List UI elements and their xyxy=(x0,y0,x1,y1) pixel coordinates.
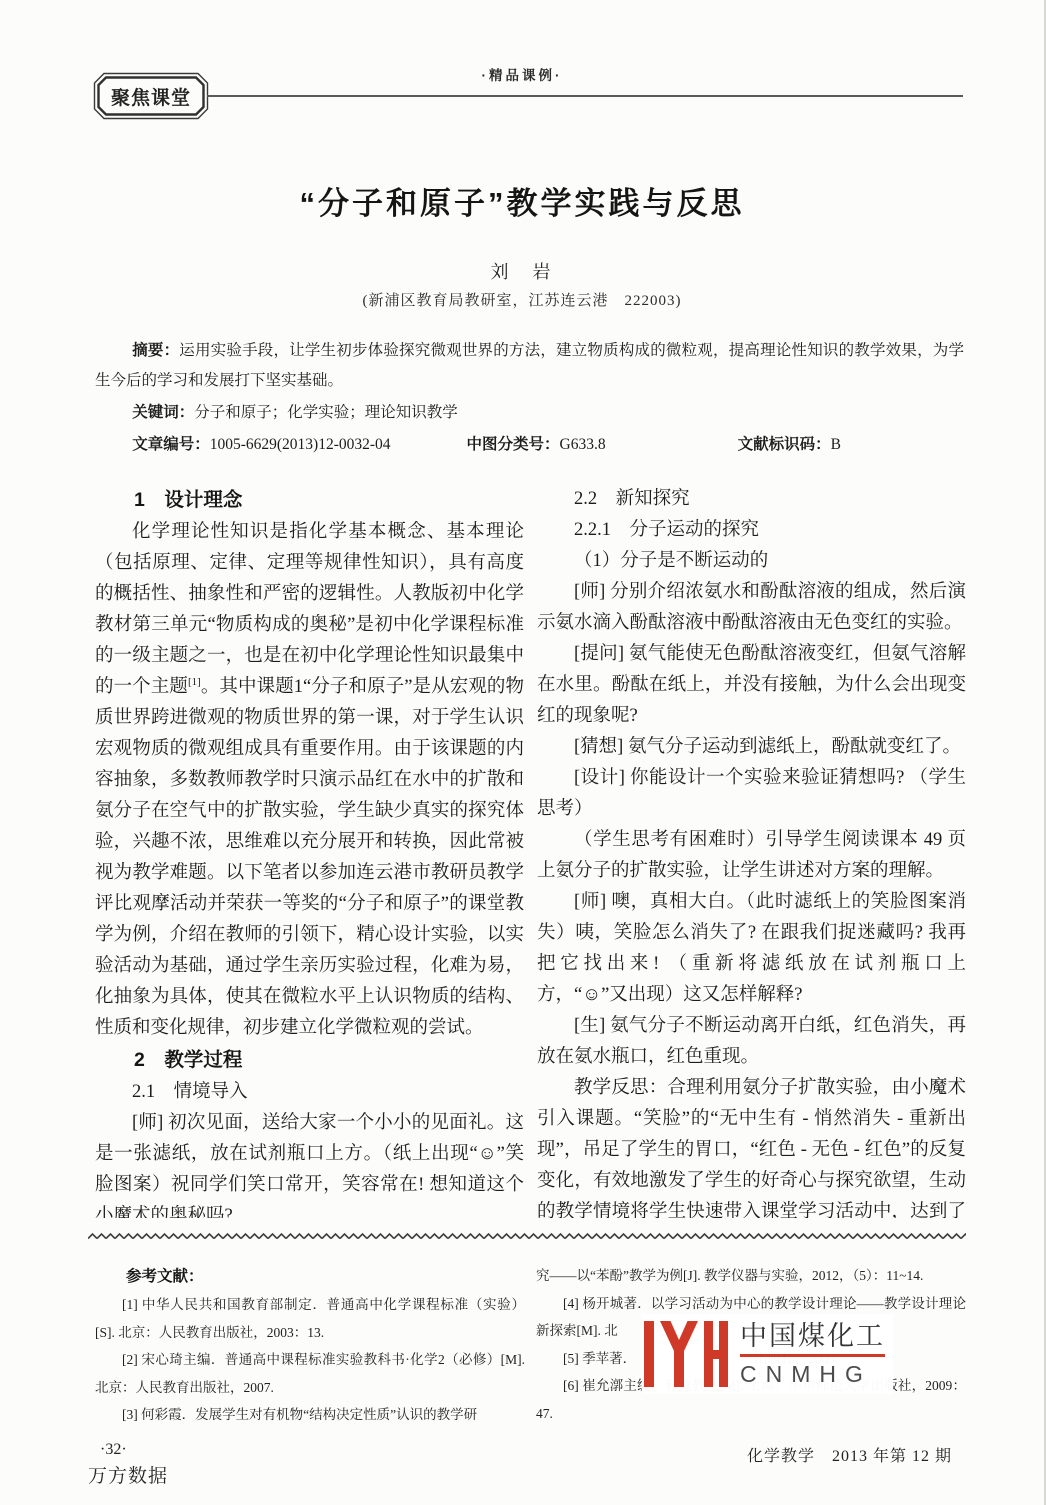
article-id: 1005-6629(2013)12-0032-04 xyxy=(210,436,391,453)
journal-page: ·精品课例· 聚焦课堂 “分子和原子”教学实践与反思 刘 岩 (新浦区教育局教研… xyxy=(0,0,1046,1505)
doc-code-label: 文献标识码： xyxy=(738,436,831,453)
watermark-text: 中国煤化工 CNMHG xyxy=(740,1321,885,1387)
coal-chem-logo-icon xyxy=(644,1317,728,1391)
paragraph: [生] 氨气分子不断运动离开白纸，红色消失，再放在氨水瓶口，红色重现。 xyxy=(537,1011,966,1073)
cnmhg-watermark: 中国煤化工 CNMHG xyxy=(642,1314,893,1394)
subsection-heading-2-2: 2.2 新知探究 xyxy=(537,484,966,515)
section-heading-2: 2 教学过程 xyxy=(95,1044,524,1077)
paragraph: [猜想] 氨气分子运动到滤纸上，酚酞就变红了。 xyxy=(537,732,966,763)
references-heading: 参考文献： xyxy=(95,1262,525,1291)
article-id-label: 文章编号： xyxy=(132,436,210,453)
paragraph: [设计] 你能设计一个实验来验证猜想吗? （学生思考） xyxy=(537,763,966,825)
subsection-heading-2-2-1: 2.2.1 分子运动的探究 xyxy=(537,515,966,546)
keywords-text: 分子和原子；化学实验；理论知识教学 xyxy=(194,404,458,421)
watermark-underline xyxy=(740,1354,885,1357)
article-title: “分子和原子”教学实践与反思 xyxy=(0,178,1044,223)
body-column-left: 1 设计理念 化学理论性知识是指化学基本概念、基本理论（包括原理、定律、定理等规… xyxy=(95,484,524,1218)
wanfang-data-mark: 万方数据 xyxy=(88,1461,168,1488)
paragraph-lead-in: [师] 初次见面，送给大家一个小小的见面礼。这是一张滤纸，放在试剂瓶口上方。（纸… xyxy=(95,1108,524,1218)
paragraph: （学生思考有困难时）引导学生阅读课本 49 页上氨分子的扩散实验，让学生讲述对方… xyxy=(537,825,966,887)
clc-number: G633.8 xyxy=(560,436,606,453)
references-left: 参考文献： [1] 中华人民共和国教育部制定．普通高中化学课程标准（实验）[S]… xyxy=(95,1262,525,1429)
paragraph-text: 。其中课题1“分子和原子”是从宏观的物质世界跨进微观的物质世界的第一课，对于学生… xyxy=(95,677,524,1038)
focus-classroom-badge: 聚焦课堂 xyxy=(93,72,209,120)
masthead-rule xyxy=(207,95,963,97)
badge-label: 聚焦课堂 xyxy=(93,72,209,120)
paragraph: （1）分子是不断运动的 xyxy=(537,546,966,577)
reference-item: [1] 中华人民共和国教育部制定．普通高中化学课程标准（实验）[S]. 北京：人… xyxy=(95,1291,525,1346)
watermark-cn: 中国煤化工 xyxy=(740,1321,885,1351)
paragraph: [师] 分别介绍浓氨水和酚酞溶液的组成，然后演示氨水滴入酚酞溶液中酚酞溶液由无色… xyxy=(537,577,966,639)
reference-fragment: [5] 季苹著． xyxy=(563,1351,636,1366)
abstract-label: 摘要： xyxy=(132,342,179,359)
zigzag-line-icon xyxy=(88,1232,966,1241)
keywords-label: 关键词： xyxy=(132,404,194,421)
frontmatter: 摘要：运用实验手段，让学生初步体验探究微观世界的方法，建立物质构成的微粒观，提高… xyxy=(95,336,964,460)
abstract-text: 运用实验手段，让学生初步体验探究微观世界的方法，建立物质构成的微粒观，提高理论性… xyxy=(95,342,964,389)
watermark-en: CNMHG xyxy=(740,1361,885,1387)
paragraph-design-concept: 化学理论性知识是指化学基本概念、基本理论（包括原理、定律、定理等规律性知识），具… xyxy=(95,517,524,1044)
reference-item: [3] 何彩霞．发展学生对有机物“结构决定性质”认识的教学研 xyxy=(95,1401,525,1429)
article-meta: 文章编号：1005-6629(2013)12-0032-04中图分类号：G633… xyxy=(95,430,964,460)
author-affiliation: (新浦区教育局教研室，江苏连云港 222003) xyxy=(0,289,1044,310)
wavy-divider xyxy=(88,1228,966,1237)
paragraph: [提问] 氨气能使无色酚酞溶液变红，但氨气溶解在水里。酚酞在纸上，并没有接触，为… xyxy=(537,639,966,732)
subsection-heading-2-1: 2.1 情境导入 xyxy=(95,1077,524,1108)
paragraph-text: 化学理论性知识是指化学基本概念、基本理论（包括原理、定律、定理等规律性知识），具… xyxy=(95,522,524,697)
doc-code: B xyxy=(831,436,841,453)
journal-issue: 化学教学 2013 年第 12 期 xyxy=(747,1443,952,1466)
body-column-right: 2.2 新知探究 2.2.1 分子运动的探究 （1）分子是不断运动的 [师] 分… xyxy=(537,484,966,1218)
author-name: 刘 岩 xyxy=(0,258,1044,284)
section-heading-1: 1 设计理念 xyxy=(95,484,524,517)
reference-item: 究——以“苯酚”教学为例[J]. 教学仪器与实验，2012，（5）：11~14. xyxy=(536,1262,966,1290)
keywords: 关键词：分子和原子；化学实验；理论知识教学 xyxy=(95,398,964,428)
abstract: 摘要：运用实验手段，让学生初步体验探究微观世界的方法，建立物质构成的微粒观，提高… xyxy=(95,336,964,396)
clc-label: 中图分类号： xyxy=(467,436,560,453)
citation-mark: [1] xyxy=(188,676,201,688)
paragraph: [师] 噢，真相大白。（此时滤纸上的笑脸图案消失）咦，笑脸怎么消失了? 在跟我们… xyxy=(537,887,966,1011)
reference-item: [2] 宋心琦主编．普通高中课程标准实验教科书·化学2（必修）[M]. 北京：人… xyxy=(95,1346,525,1401)
page-number: ·32· xyxy=(100,1441,127,1459)
paragraph: 教学反思：合理利用氨分子扩散实验，由小魔术引入课题。“笑脸”的“无中生有 - 悄… xyxy=(537,1073,966,1218)
